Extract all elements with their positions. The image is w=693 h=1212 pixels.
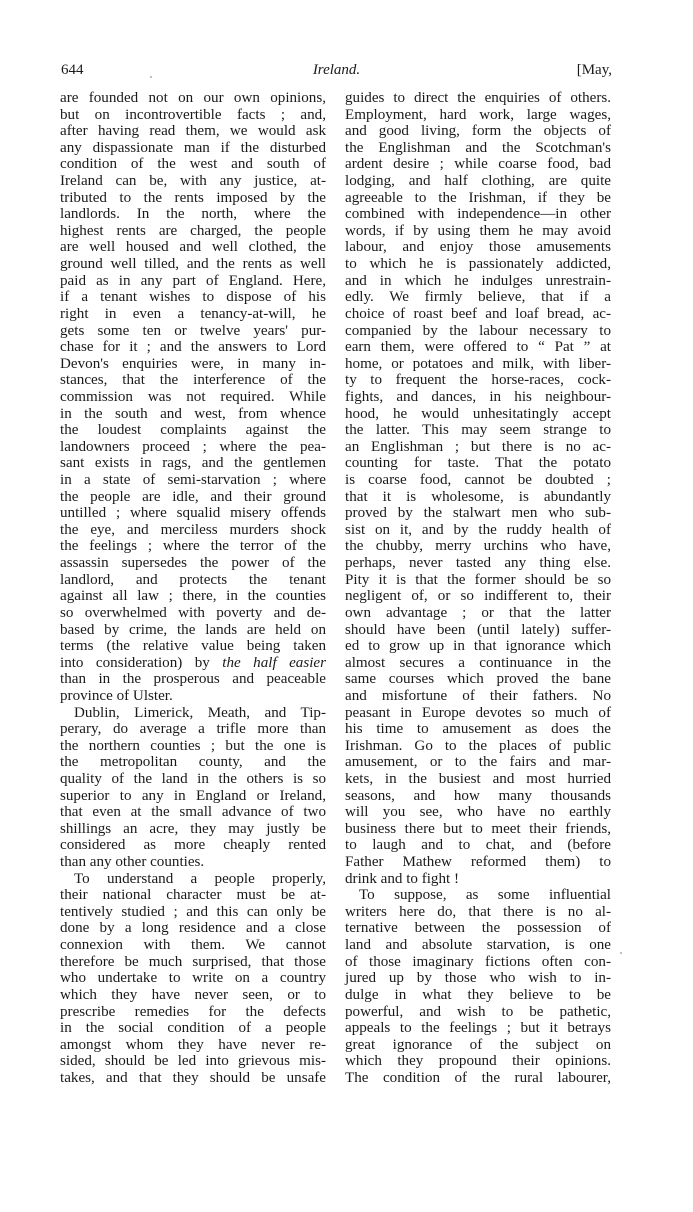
- print-speck: [150, 76, 152, 78]
- text-line: are well housed and well clothed, the: [60, 239, 326, 256]
- text-line: the people are idle, and their ground: [60, 489, 326, 506]
- text-line: condition of the west and south of: [60, 156, 326, 173]
- text-line: and misfortune of their fathers. No: [345, 688, 611, 705]
- text-line: based by crime, the lands are held on: [60, 622, 326, 639]
- text-line: into consideration) by the half easier: [60, 655, 326, 672]
- text-line: superior to any in England or Ireland,: [60, 788, 326, 805]
- text-line: amongst whom they have never re-: [60, 1037, 326, 1054]
- text-line: labour, and enjoy those amusements: [345, 239, 611, 256]
- text-line: dulge in what they believe to be: [345, 987, 611, 1004]
- text-line: ternative between the possession of: [345, 920, 611, 937]
- text-line: and good living, form the objects of: [345, 123, 611, 140]
- text-line: therefore be much surprised, that those: [60, 954, 326, 971]
- text-line: choice of roast beef and loaf bread, ac-: [345, 306, 611, 323]
- text-line: Devon's enquiries were, in many in-: [60, 356, 326, 373]
- text-line: proved by the stalwart men who sub-: [345, 505, 611, 522]
- print-speck: [620, 952, 622, 954]
- text-line: gets some ten or twelve years' pur-: [60, 323, 326, 340]
- text-line: are founded not on our own opinions,: [60, 90, 326, 107]
- text-line: ardent desire ; while coarse food, bad: [345, 156, 611, 173]
- text-line: terms (the relative value being taken: [60, 638, 326, 655]
- text-line: The condition of the rural labourer,: [345, 1070, 611, 1087]
- text-line: jured up by those who wish to in-: [345, 970, 611, 987]
- text-line: to laugh and to chat, and (before: [345, 837, 611, 854]
- text-line: hood, he would unhesitatingly accept: [345, 406, 611, 423]
- text-line: words, if by using them he may avoid: [345, 223, 611, 240]
- text-line: done by a long residence and a close: [60, 920, 326, 937]
- text-line: kets, in the busiest and most hurried: [345, 771, 611, 788]
- book-page: 644 Ireland. [May, are founded not on ou…: [0, 0, 693, 1212]
- text-line: lodging, and half clothing, are quite: [345, 173, 611, 190]
- text-line: stances, that the interference of the: [60, 372, 326, 389]
- text-line: province of Ulster.: [60, 688, 326, 705]
- text-line: his time to amusement as does the: [345, 721, 611, 738]
- running-head: 644 Ireland. [May,: [61, 60, 612, 80]
- text-line: own advantage ; or that the latter: [345, 605, 611, 622]
- text-line: peasant in Europe devotes so much of: [345, 705, 611, 722]
- line-text: into consideration) by: [60, 655, 222, 671]
- text-line: ground well tilled, and the rents as wel…: [60, 256, 326, 273]
- text-line: against all law ; there, in the counties: [60, 588, 326, 605]
- text-line: that even at the small advance of two: [60, 804, 326, 821]
- text-line: the feelings ; where the terror of the: [60, 538, 326, 555]
- text-line: ed to grow up in that ignorance which: [345, 638, 611, 655]
- text-line: Father Mathew reformed them) to: [345, 854, 611, 871]
- text-line: than any other counties.: [60, 854, 326, 871]
- text-line: the chubby, merry urchins who have,: [345, 538, 611, 555]
- text-line: which they propound their opinions.: [345, 1053, 611, 1070]
- text-line: same courses which proved the bane: [345, 671, 611, 688]
- text-line: the loudest complaints against the: [60, 422, 326, 439]
- date-mark: [May,: [577, 60, 612, 80]
- text-line: considered as more cheaply rented: [60, 837, 326, 854]
- text-line: in the social condition of a people: [60, 1020, 326, 1037]
- text-line: landowners proceed ; where the pea-: [60, 439, 326, 456]
- text-line: Ireland can be, with any justice, at-: [60, 173, 326, 190]
- text-line: than in the prosperous and peaceable: [60, 671, 326, 688]
- text-line: Employment, hard work, large wages,: [345, 107, 611, 124]
- text-line: writers here do, that there is no al-: [345, 904, 611, 921]
- text-line: any dispassionate man if the disturbed: [60, 140, 326, 157]
- text-line: Pity it is that the former should be so: [345, 572, 611, 589]
- text-line: so overwhelmed with poverty and de-: [60, 605, 326, 622]
- text-line: should have been (until lately) suffer-: [345, 622, 611, 639]
- text-line: the northern counties ; but the one is: [60, 738, 326, 755]
- text-line: takes, and that they should be unsafe: [60, 1070, 326, 1087]
- text-line: assassin supersedes the power of the: [60, 555, 326, 572]
- text-line: landlords. In the north, where the: [60, 206, 326, 223]
- text-line: earn them, were offered to “ Pat ” at: [345, 339, 611, 356]
- text-line: chase for it ; and the answers to Lord: [60, 339, 326, 356]
- text-line: negligent of, or so indifferent to, thei…: [345, 588, 611, 605]
- text-line: landlord, and protects the tenant: [60, 572, 326, 589]
- text-line: that it is wholesome, is abundantly: [345, 489, 611, 506]
- text-line: perary, do average a trifle more than: [60, 721, 326, 738]
- text-line: paid as in any part of England. Here,: [60, 273, 326, 290]
- text-line: fights, and dances, in his neighbour-: [345, 389, 611, 406]
- text-line: but on incontrovertible facts ; and,: [60, 107, 326, 124]
- text-line: great ignorance of the subject on: [345, 1037, 611, 1054]
- text-line: powerful, and wish to be pathetic,: [345, 1004, 611, 1021]
- text-line: the latter. This may seem strange to: [345, 422, 611, 439]
- text-line: of those imaginary fictions often con-: [345, 954, 611, 971]
- text-line: edly. We firmly believe, that if a: [345, 289, 611, 306]
- text-line: almost secures a continuance in the: [345, 655, 611, 672]
- running-title: Ireland.: [61, 60, 612, 80]
- text-line: shillings an acre, they may justly be: [60, 821, 326, 838]
- text-line: seasons, and how many thousands: [345, 788, 611, 805]
- text-line: To understand a people properly,: [60, 871, 326, 888]
- text-line: right in even a tenancy-at-will, he: [60, 306, 326, 323]
- text-line: sist on it, and by the ruddy health of: [345, 522, 611, 539]
- text-line: after having read them, we would ask: [60, 123, 326, 140]
- text-line: highest rents are charged, the people: [60, 223, 326, 240]
- text-line: home, or potatoes and milk, with liber-: [345, 356, 611, 373]
- text-line: in the south and west, from whence: [60, 406, 326, 423]
- text-line: drink and to fight !: [345, 871, 611, 888]
- text-line: sant exists in rags, and the gentlemen: [60, 455, 326, 472]
- text-line: counting for taste. That the potato: [345, 455, 611, 472]
- text-line: agreeable to the Irishman, if they be: [345, 190, 611, 207]
- text-line: connexion with them. We cannot: [60, 937, 326, 954]
- text-line: commission was not required. While: [60, 389, 326, 406]
- text-line: guides to direct the enquiries of others…: [345, 90, 611, 107]
- text-line: to which he is passionately addicted,: [345, 256, 611, 273]
- text-line: the eye, and merciless murders shock: [60, 522, 326, 539]
- text-line: prescribe remedies for the defects: [60, 1004, 326, 1021]
- italic-phrase: the half easier: [222, 655, 326, 671]
- text-line: in a state of semi-starvation ; where: [60, 472, 326, 489]
- left-column: are founded not on our own opinions,but …: [60, 90, 326, 1087]
- text-line: combined with independence—in other: [345, 206, 611, 223]
- text-line: companied by the labour necessary to: [345, 323, 611, 340]
- text-line: and in which he indulges unrestrain-: [345, 273, 611, 290]
- text-line: will you see, who have no earthly: [345, 804, 611, 821]
- text-line: business there but to meet their friends…: [345, 821, 611, 838]
- text-line: Irishman. Go to the places of public: [345, 738, 611, 755]
- text-line: appeals to the feelings ; but it betrays: [345, 1020, 611, 1037]
- text-line: untilled ; where squalid misery offends: [60, 505, 326, 522]
- text-line: amusement, or to the fairs and mar-: [345, 754, 611, 771]
- text-line: quality of the land in the others is so: [60, 771, 326, 788]
- text-line: if a tenant wishes to dispose of his: [60, 289, 326, 306]
- text-line: their national character must be at-: [60, 887, 326, 904]
- text-line: is coarse food, cannot be doubted ;: [345, 472, 611, 489]
- text-line: the Englishman and the Scotchman's: [345, 140, 611, 157]
- text-line: sided, should be led into grievous mis-: [60, 1053, 326, 1070]
- text-line: tentively studied ; and this can only be: [60, 904, 326, 921]
- text-line: which they have never seen, or to: [60, 987, 326, 1004]
- text-line: who undertake to write on a country: [60, 970, 326, 987]
- text-line: Dublin, Limerick, Meath, and Tip-: [60, 705, 326, 722]
- right-column: guides to direct the enquiries of others…: [345, 90, 611, 1087]
- text-line: ty to frequent the horse-races, cock-: [345, 372, 611, 389]
- text-line: perhaps, never tasted any thing else.: [345, 555, 611, 572]
- text-line: land and absolute starvation, is one: [345, 937, 611, 954]
- text-line: an Englishman ; but there is no ac-: [345, 439, 611, 456]
- text-line: To suppose, as some influential: [345, 887, 611, 904]
- text-line: the metropolitan county, and the: [60, 754, 326, 771]
- text-line: tributed to the rents imposed by the: [60, 190, 326, 207]
